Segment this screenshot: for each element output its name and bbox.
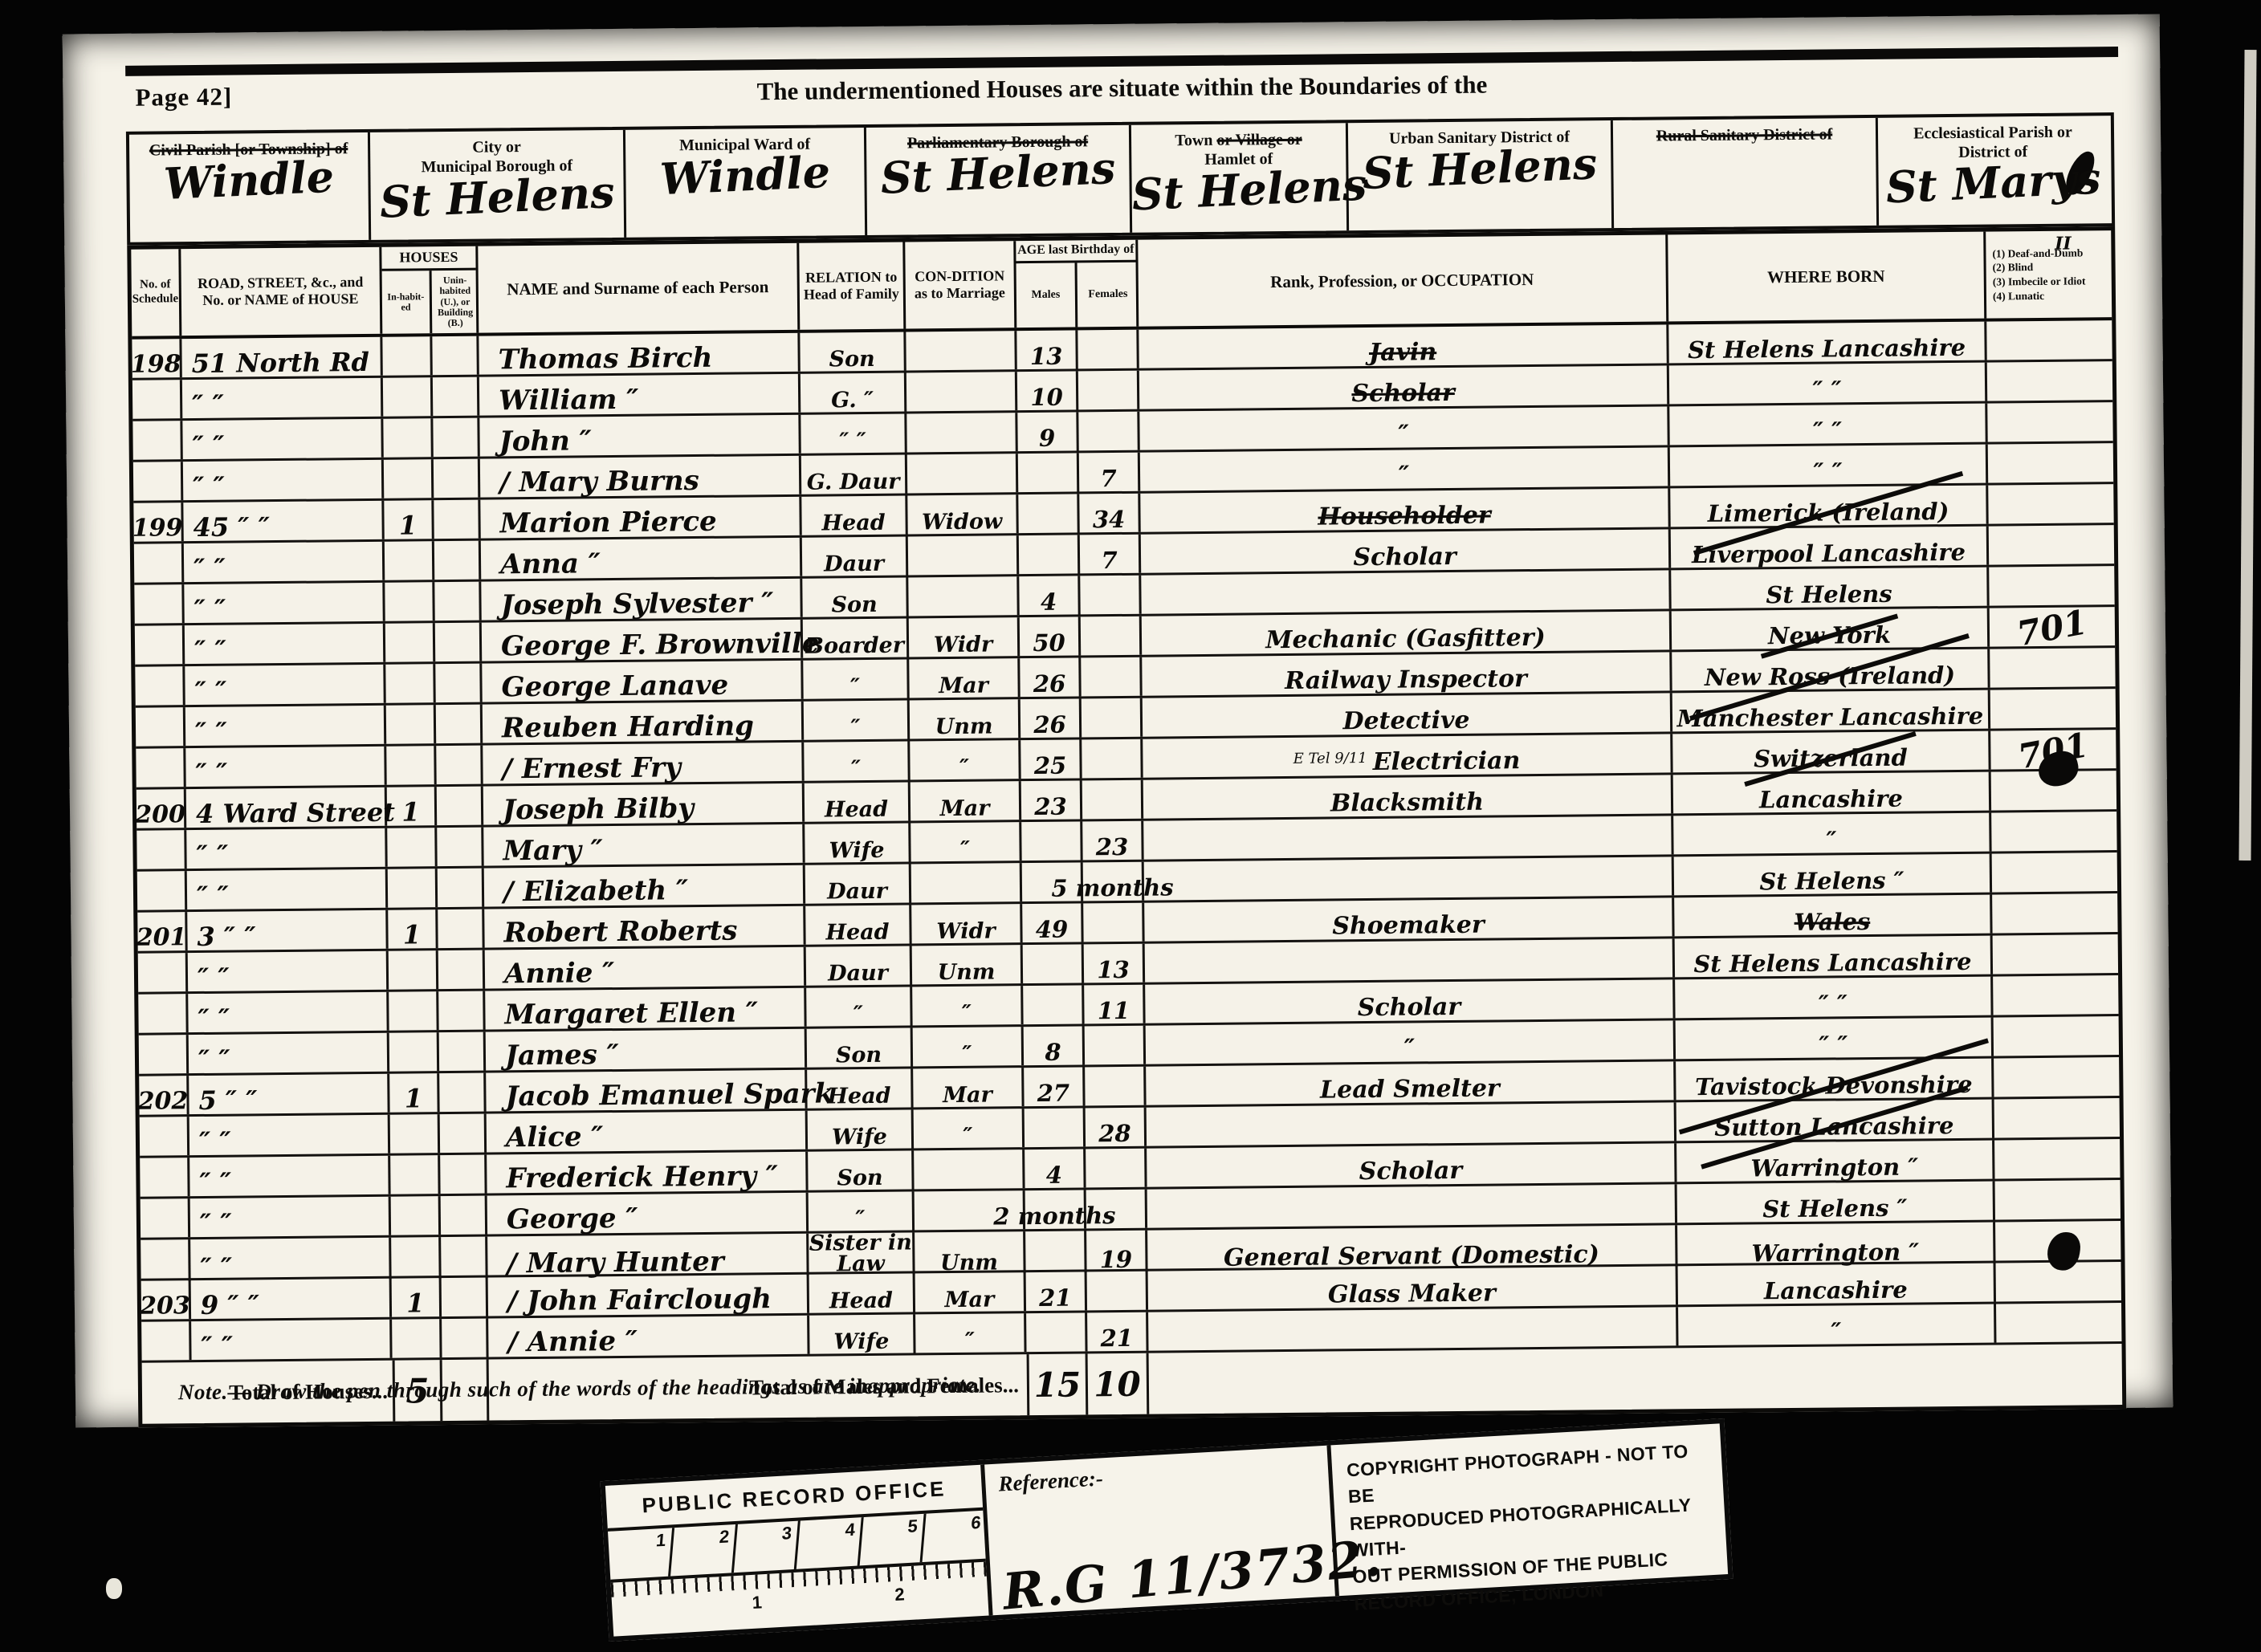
cell-road: ″ ″ [189, 1033, 389, 1073]
cell-inhabited [388, 869, 438, 908]
cell-infirmity [1992, 852, 2117, 892]
cell-name: Alice ″ [487, 1111, 808, 1153]
cell-age-male: 9 [1017, 412, 1078, 451]
cell-name: Joseph Sylvester ″ [481, 579, 802, 621]
cell-uninhabited [434, 459, 480, 498]
cell-age-female [1086, 1190, 1147, 1229]
col-houses: HOUSES [381, 246, 475, 271]
cell-uninhabited [434, 541, 481, 580]
cell-inhabited [385, 541, 434, 580]
cell-where-born: Manchester Lancashire [1672, 690, 1990, 732]
cell-age-male: 50 [1020, 616, 1081, 656]
cell-condition [906, 372, 1017, 411]
cell-age-female [1081, 616, 1142, 656]
parliamentary-borough-value: St Helens [866, 148, 1130, 198]
cell-infirmity [1990, 648, 2115, 687]
cell-infirmity [1987, 402, 2112, 441]
cell-age-female: 13 [1084, 944, 1145, 983]
col-condition: CON-DITION as to Marriage [905, 241, 1016, 328]
cell-infirmity [1993, 975, 2118, 1015]
col-houses-group: HOUSES In-habit-ed Unin-habited (U.), or… [381, 246, 479, 334]
cell-name: ∕ Annie ″ [488, 1316, 809, 1357]
cell-occupation: Blacksmith [1143, 775, 1673, 818]
cell-road: ″ ″ [184, 583, 385, 623]
cell-road: 5 ″ ″ [189, 1074, 389, 1114]
cell-name: Margaret Ellen ″ [485, 988, 806, 1030]
cell-where-born: ″ ″ [1669, 404, 1987, 446]
cell-schedule: 201 [137, 912, 187, 951]
cell-occupation: Scholar [1145, 979, 1675, 1023]
cell-uninhabited [432, 336, 479, 376]
cell-relation: Head [809, 1273, 915, 1312]
cell-condition: Unm [910, 699, 1021, 739]
cell-schedule: 203 [141, 1280, 191, 1320]
cell-name: ∕ Ernest Fry [483, 743, 804, 784]
rural-sanitary-cell: Rural Sanitary District of [1613, 118, 1879, 228]
cell-age-male: 49 [1022, 903, 1083, 942]
cell-where-born: St Helens ″ [1677, 1182, 1995, 1223]
cell-relation: ″ [803, 659, 909, 698]
cell-age-female [1078, 412, 1139, 451]
cell-age-male [1018, 494, 1079, 533]
cell-uninhabited [440, 1114, 487, 1154]
cell-road: ″ ″ [191, 1320, 392, 1360]
cell-age-male [1023, 985, 1084, 1024]
cell-age-female [1078, 330, 1139, 369]
cell-where-born: New Ross (Ireland) [1672, 649, 1990, 691]
cell-inhabited [385, 623, 435, 662]
cell-age-female: 19 [1086, 1231, 1147, 1273]
cell-uninhabited [436, 746, 483, 785]
cell-road: ″ ″ [188, 992, 389, 1032]
cell-schedule [140, 1158, 189, 1197]
cell-inhabited [387, 828, 437, 867]
cell-occupation [1145, 938, 1675, 982]
cell-age-female: 5 months [1083, 862, 1144, 901]
census-photograph: Page 42] The undermentioned Houses are s… [0, 0, 2261, 1652]
cell-uninhabited [438, 869, 484, 908]
cell-inhabited [385, 664, 435, 703]
cell-infirmity [1988, 484, 2113, 523]
col-inhabited: In-habit-ed [382, 271, 433, 333]
cell-where-born: Sutton Lancashire [1676, 1100, 1994, 1141]
total-males-value: 15 [1027, 1353, 1089, 1415]
cell-occupation [1143, 816, 1673, 859]
cell-name: George Lanave [482, 661, 803, 702]
town-hamlet-value: St Helens [1131, 166, 1347, 214]
cell-infirmity [1994, 1057, 2119, 1097]
cell-age-male: 2 months [1025, 1190, 1086, 1229]
cell-schedule [138, 994, 188, 1033]
cell-condition [908, 576, 1019, 616]
film-speck [106, 1578, 122, 1599]
cell-uninhabited [442, 1278, 488, 1317]
cell-relation: Head [807, 1068, 913, 1108]
cell-uninhabited [435, 623, 482, 662]
cell-age-male: 27 [1024, 1067, 1085, 1106]
cell-inhabited [383, 377, 433, 417]
cell-relation: Wife [805, 823, 911, 862]
rural-sanitary-label: Rural Sanitary District of [1613, 124, 1876, 146]
cell-infirmity [1991, 812, 2116, 851]
infirmity-scribble: II [2055, 233, 2072, 256]
col-age-group: AGE last Birthday of Males Females [1016, 240, 1139, 328]
cell-relation: Son [807, 1027, 913, 1067]
cell-age-male [1025, 1231, 1086, 1273]
cell-infirmity: 701 [1990, 607, 2115, 646]
cell-relation: ″ [806, 987, 912, 1026]
col-age: AGE last Birthday of [1016, 240, 1135, 263]
cell-schedule [138, 953, 188, 992]
cell-age-male [1023, 944, 1084, 983]
cell-occupation [1141, 570, 1671, 613]
cell-age-female: 21 [1087, 1312, 1148, 1352]
cell-infirmity [1993, 934, 2118, 974]
cell-occupation: Javin [1139, 324, 1668, 368]
stamp-ruler-section: PUBLIC RECORD OFFICE 1 2 3 4 5 6 1 2 [605, 1465, 993, 1637]
cell-condition [906, 331, 1016, 370]
district-header-row: Civil Parish [or Township] of Windle Cit… [126, 112, 2115, 246]
col-name: NAME and Surname of each Person [478, 243, 800, 333]
cell-relation: ″ [804, 741, 910, 780]
cell-age-female: 11 [1084, 985, 1145, 1024]
cell-road: ″ ″ [189, 1156, 390, 1196]
cell-road: ″ ″ [185, 665, 385, 705]
col-age-sub: Males Females [1016, 262, 1137, 328]
cell-schedule [141, 1321, 191, 1361]
cell-name: ∕ John Fairclough [488, 1275, 809, 1316]
cell-condition: ″ [910, 740, 1021, 779]
cell-uninhabited [437, 787, 483, 826]
film-edge [2239, 50, 2256, 861]
cell-occupation: Glass Maker [1148, 1266, 1678, 1309]
cell-occupation: Mechanic (Gasfitter) [1142, 611, 1672, 654]
cell-relation: Son [808, 1150, 914, 1190]
municipal-borough-value: St Helens [370, 172, 625, 222]
cell-relation: G. ″ [801, 373, 906, 413]
cell-where-born: Warrington ″ [1676, 1141, 1994, 1182]
cell-occupation: ″ [1146, 1020, 1676, 1064]
cell-relation: Wife [809, 1314, 915, 1353]
col-schedule: No. of Schedule [131, 249, 181, 336]
cell-name: Robert Roberts [484, 906, 805, 948]
cell-age-male [1018, 453, 1079, 492]
cell-where-born: Liverpool Lancashire [1671, 527, 1989, 568]
cell-condition: Mar [909, 658, 1020, 698]
cell-uninhabited [438, 991, 485, 1031]
cell-age-female [1078, 371, 1139, 410]
cell-uninhabited [435, 664, 482, 703]
cell-relation: Boarder [803, 618, 909, 657]
cell-condition: Unm [915, 1231, 1025, 1275]
cell-where-born: Limerick (Ireland) [1670, 486, 1988, 527]
cell-inhabited: 1 [384, 500, 434, 539]
cell-infirmity [1995, 1180, 2120, 1219]
cell-infirmity [1989, 566, 2114, 605]
reference-label: Reference:- [998, 1455, 1316, 1497]
cell-where-born: Wales [1674, 895, 1992, 937]
col-road: ROAD, STREET, &c., and No. or NAME of HO… [181, 247, 382, 336]
cell-condition: ″ [912, 986, 1023, 1025]
cell-inhabited [386, 746, 436, 785]
cell-age-male: 23 [1021, 780, 1082, 820]
cell-infirmity [1990, 689, 2116, 728]
cell-inhabited [389, 950, 438, 990]
cell-uninhabited [439, 1073, 486, 1113]
cell-relation: Sister in Law [809, 1232, 915, 1276]
cell-relation: ″ [809, 1191, 915, 1231]
cell-age-female: 34 [1079, 494, 1140, 533]
cell-infirmity [1992, 893, 2117, 933]
cell-occupation: Scholar [1147, 1143, 1676, 1186]
cell-relation: Daur [805, 864, 911, 903]
cell-name: ∕ Mary Hunter [487, 1234, 809, 1279]
cell-age-female [1086, 1149, 1147, 1188]
cell-age-female: 7 [1079, 453, 1140, 492]
cell-infirmity [1987, 361, 2112, 401]
cell-inhabited [384, 459, 434, 498]
cell-inhabited: 1 [388, 909, 438, 949]
cell-uninhabited [433, 377, 479, 417]
cell-road: 45 ″ ″ [183, 501, 384, 541]
cell-road: ″ ″ [182, 419, 383, 459]
cell-schedule: 199 [133, 503, 183, 542]
cell-inhabited [392, 1319, 442, 1358]
cell-inhabited [382, 336, 432, 376]
cell-schedule [141, 1198, 190, 1238]
cell-uninhabited [438, 950, 485, 990]
stamp-copyright-section: COPYRIGHT PHOTOGRAPH - NOT TO BE REPRODU… [1330, 1423, 1728, 1596]
cell-infirmity [1986, 320, 2112, 360]
cell-schedule [133, 462, 183, 501]
cell-name: Anna ″ [481, 538, 802, 580]
cell-uninhabited [434, 500, 480, 539]
cell-age-female [1087, 1272, 1148, 1311]
cell-where-born: Warrington ″ [1677, 1223, 1995, 1267]
cell-age-male [1019, 535, 1080, 574]
cell-schedule [141, 1239, 190, 1282]
cell-infirmity [1994, 1098, 2120, 1137]
cell-name: Jacob Emanuel Spark [486, 1070, 807, 1112]
cell-relation: Son [800, 332, 906, 372]
public-record-office-stamp: PUBLIC RECORD OFFICE 1 2 3 4 5 6 1 2 Ref… [601, 1418, 1733, 1642]
col-infirmity: II (1) Deaf-and-Dumb (2) Blind (3) Imbec… [1986, 230, 2112, 318]
cell-relation: Head [801, 495, 907, 535]
cell-inhabited: 1 [387, 787, 437, 826]
cell-name: ∕ Elizabeth ″ [484, 865, 805, 907]
cell-relation: Daur [806, 946, 912, 985]
cell-schedule [136, 748, 185, 787]
cell-occupation [1144, 857, 1674, 900]
cell-schedule: 198 [132, 339, 181, 378]
cell-occupation: Railway Inspector [1142, 652, 1672, 695]
civil-parish-cell: Civil Parish [or Township] of Windle [129, 132, 371, 242]
parliamentary-borough-cell: Parliamentary Borough of St Helens [866, 125, 1132, 235]
cell-uninhabited [440, 1155, 487, 1194]
cell-uninhabited [441, 1196, 487, 1235]
cell-infirmity [1989, 525, 2114, 564]
cell-age-female [1082, 739, 1143, 779]
cell-occupation: Householder [1140, 488, 1670, 531]
cell-name: John ″ [479, 415, 801, 457]
cell-condition: Mar [915, 1272, 1026, 1312]
cell-where-born: St Helens [1671, 568, 1989, 609]
cell-age-female [1082, 698, 1143, 738]
col-houses-sub: In-habit-ed Unin-habited (U.), or Buildi… [382, 271, 477, 334]
cell-age-male: 4 [1019, 576, 1080, 615]
cell-relation: Wife [808, 1109, 914, 1149]
cell-infirmity [1994, 1139, 2120, 1178]
cell-uninhabited [439, 1032, 486, 1072]
cell-age-female: 7 [1080, 535, 1141, 574]
cell-infirmity [1988, 443, 2113, 482]
cell-occupation: E Tel 9/11Electrician [1143, 734, 1672, 777]
cell-name: Marion Pierce [480, 497, 801, 539]
cell-condition [906, 413, 1017, 452]
cell-condition: Widow [907, 494, 1018, 534]
civil-parish-value: Windle [129, 156, 369, 205]
col-where-born: WHERE BORN [1668, 232, 1986, 322]
cell-inhabited [389, 991, 438, 1031]
cell-condition [911, 863, 1022, 902]
cell-infirmity [1996, 1303, 2121, 1342]
cell-age-male: 25 [1021, 739, 1082, 779]
cell-relation: Head [805, 905, 911, 944]
cell-where-born: Lancashire [1678, 1263, 1996, 1305]
cell-schedule [136, 707, 185, 747]
total-females-value: 10 [1088, 1353, 1150, 1415]
cell-condition: ″ [913, 1027, 1024, 1066]
cell-relation: Son [802, 577, 908, 616]
col-females: Females [1078, 262, 1139, 328]
cell-schedule [135, 625, 185, 665]
cell-occupation: ″ [1140, 447, 1670, 490]
cell-age-male: 26 [1021, 698, 1082, 738]
cell-road: ″ ″ [185, 706, 386, 746]
cell-schedule [135, 666, 185, 706]
cell-schedule [132, 380, 182, 419]
cell-road: 3 ″ ″ [187, 910, 388, 950]
cell-inhabited [391, 1196, 441, 1235]
cell-road: ″ ″ [184, 542, 385, 582]
cell-inhabited: 1 [389, 1073, 439, 1113]
cell-condition [914, 1149, 1025, 1189]
cell-age-female [1085, 1026, 1146, 1065]
cell-name: Mary ″ [483, 824, 805, 866]
urban-sanitary-value: St Helens [1347, 143, 1611, 193]
cell-schedule [136, 830, 186, 869]
cell-inhabited [390, 1114, 440, 1154]
cell-inhabited [385, 582, 434, 621]
cell-infirmity [1994, 1016, 2119, 1056]
cell-road: ″ ″ [185, 624, 385, 664]
cell-name: George F. Brownville [482, 620, 803, 661]
cell-road: ″ ″ [187, 869, 388, 909]
cell-where-born: ″ [1678, 1304, 1996, 1346]
cell-relation: ″ ″ [801, 414, 906, 454]
cell-condition: Mar [911, 781, 1021, 820]
cell-schedule [137, 871, 187, 910]
cell-age-male: 21 [1026, 1272, 1087, 1311]
cell-occupation [1147, 1184, 1677, 1227]
cell-schedule [140, 1117, 189, 1156]
cell-road: ″ ″ [183, 460, 384, 500]
census-table: No. of Schedule ROAD, STREET, &c., and N… [127, 226, 2126, 1428]
municipal-ward-cell: Municipal Ward of Windle [625, 128, 867, 238]
cell-condition [908, 535, 1019, 575]
municipal-borough-cell: City or Municipal Borough of St Helens [370, 130, 626, 240]
cell-where-born: Switzerland [1672, 731, 1990, 773]
cell-age-male: 26 [1020, 657, 1081, 697]
cell-relation: Head [805, 782, 911, 821]
cell-age-male: 13 [1016, 330, 1078, 369]
cell-uninhabited [438, 909, 484, 949]
cell-relation: G. Daur [801, 455, 907, 494]
cell-where-born: ″ ″ [1669, 363, 1987, 405]
cell-uninhabited [437, 828, 483, 867]
cell-name: Annie ″ [485, 947, 806, 989]
stamp-reference-section: Reference:- R.G 11/3732. [984, 1445, 1339, 1615]
cell-schedule [134, 543, 184, 583]
cell-inhabited: 1 [392, 1278, 442, 1317]
cell-condition: ″ [915, 1313, 1026, 1353]
cell-road: 4 Ward Street [186, 787, 387, 828]
cell-inhabited [390, 1155, 440, 1194]
cell-occupation [1147, 1102, 1676, 1145]
cell-where-born: St Helens Lancashire [1675, 936, 1993, 978]
cell-road: ″ ″ [189, 1115, 390, 1155]
ecclesiastical-parish-value: St Marys [1878, 158, 2109, 207]
col-uninhabited: Unin-habited (U.), or Building (B.) [432, 271, 479, 333]
cell-condition [907, 454, 1018, 493]
cell-inhabited [391, 1237, 441, 1280]
cell-name: Joseph Bilby [483, 783, 805, 825]
cell-schedule: 202 [139, 1076, 189, 1115]
reference-value: R.G 11/3732. [1000, 1528, 1385, 1621]
cell-occupation: Scholar [1141, 529, 1671, 572]
cell-condition: Unm [912, 945, 1023, 984]
cell-inhabited [383, 418, 433, 458]
cell-schedule: 200 [136, 789, 186, 828]
cell-name: William ″ [479, 374, 801, 416]
cell-condition: ″ [914, 1109, 1025, 1148]
cell-age-male: 4 [1025, 1149, 1086, 1188]
cell-age-female [1081, 657, 1142, 697]
col-relation: RELATION to Head of Family [799, 242, 906, 330]
cell-occupation: Lead Smelter [1146, 1061, 1676, 1105]
cell-schedule [134, 584, 184, 624]
cell-name: George ″ [487, 1193, 809, 1235]
cell-road: ″ ″ [186, 828, 387, 869]
cell-where-born: Lancashire [1673, 772, 1991, 814]
cell-where-born: St Helens ″ [1674, 854, 1992, 896]
cell-where-born: St Helens Lancashire [1668, 322, 1986, 364]
cell-schedule [132, 421, 182, 460]
cell-uninhabited [441, 1237, 487, 1280]
cell-age-female: 23 [1082, 821, 1143, 861]
cell-occupation [1148, 1307, 1678, 1350]
cell-name: James ″ [486, 1029, 807, 1071]
cell-name: ∕ Mary Burns [480, 456, 801, 498]
cell-name: Reuben Harding [483, 702, 804, 743]
cell-condition: Widr [909, 617, 1020, 657]
cell-occupation: Shoemaker [1144, 897, 1674, 941]
cell-inhabited [389, 1032, 439, 1072]
cell-occupation: General Servant (Domestic) [1147, 1225, 1677, 1272]
cell-uninhabited [433, 418, 479, 458]
cell-age-male: 8 [1024, 1026, 1085, 1065]
cell-name: Frederick Henry ″ [487, 1152, 808, 1194]
